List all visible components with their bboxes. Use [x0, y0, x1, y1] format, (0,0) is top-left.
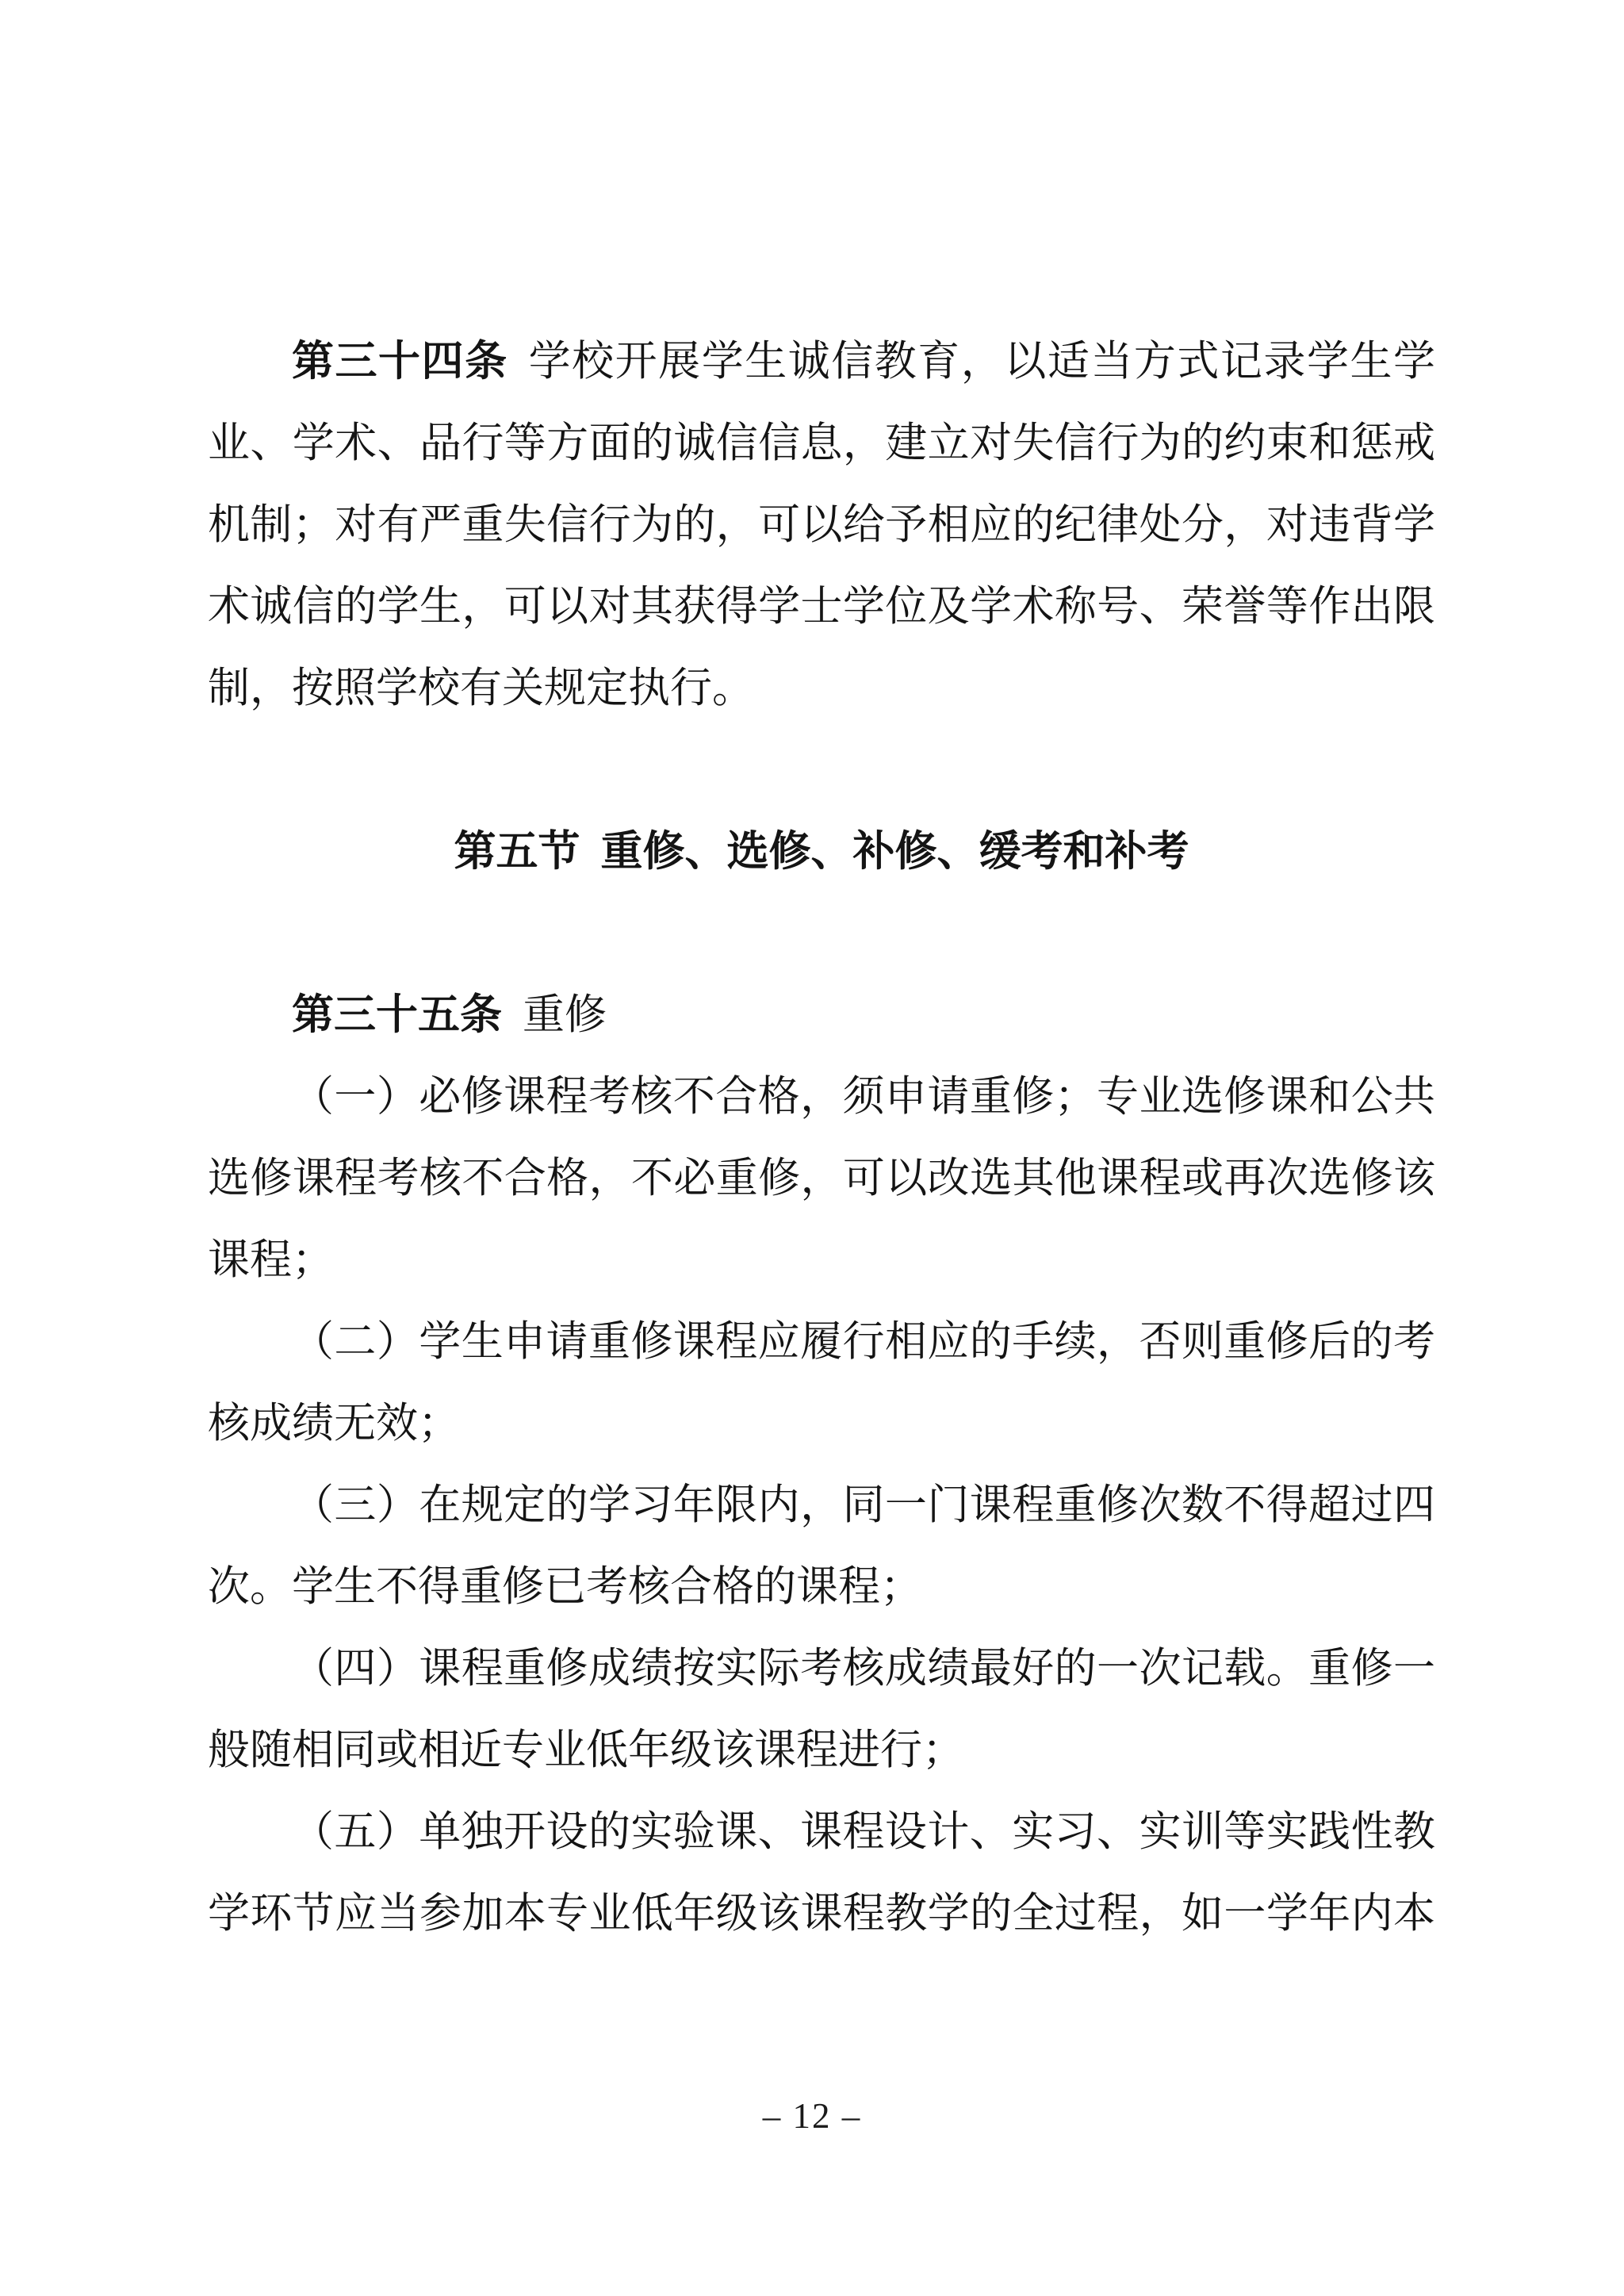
body-line: 选修课程考核不合格，不必重修，可以改选其他课程或再次选修该	[208, 1138, 1435, 1220]
body-line: （二）学生申请重修课程应履行相应的手续，否则重修后的考	[208, 1301, 1435, 1383]
line-text: 核成绩无效；	[208, 1401, 460, 1447]
line-text: 课程；	[208, 1237, 334, 1283]
body-line: 业、学术、品行等方面的诚信信息，建立对失信行为的约束和惩戒	[208, 403, 1435, 485]
body-line: 核成绩无效；	[208, 1383, 1435, 1465]
article-number: 第三十四条	[292, 339, 508, 385]
line-text: 机制；对有严重失信行为的，可以给予相应的纪律处分，对违背学	[208, 502, 1435, 548]
section-heading: 第五节重修、选修、补修、缓考和补考	[208, 811, 1435, 893]
body-line: 制，按照学校有关规定执行。	[208, 648, 1435, 730]
body-line: 机制；对有严重失信行为的，可以给予相应的纪律处分，对违背学	[208, 485, 1435, 566]
body-line: 般随相同或相近专业低年级该课程进行；	[208, 1710, 1435, 1792]
line-text: （二）学生申请重修课程应履行相应的手续，否则重修后的考	[292, 1319, 1435, 1365]
section-number: 第五节	[454, 829, 580, 875]
body-line: （一）必修课程考核不合格，须申请重修；专业选修课和公共	[208, 1056, 1435, 1138]
line-text: 术诚信的学生，可以对其获得学士学位及学术称号、荣誉等作出限	[208, 584, 1435, 630]
line-text: 般随相同或相近专业低年级该课程进行；	[208, 1727, 964, 1773]
body-line: 次。学生不得重修已考核合格的课程；	[208, 1547, 1435, 1628]
line-text: （三）在规定的学习年限内，同一门课程重修次数不得超过四	[292, 1482, 1435, 1528]
body-line: （五）单独开设的实验课、课程设计、实习、实训等实践性教	[208, 1792, 1435, 1873]
line-text: 学环节应当参加本专业低年级该课程教学的全过程，如一学年内本	[208, 1891, 1435, 1937]
line-text: 制，按照学校有关规定执行。	[208, 665, 754, 711]
line-text: 选修课程考核不合格，不必重修，可以改选其他课程或再次选修该	[208, 1156, 1435, 1202]
article-number: 第三十五条	[292, 992, 502, 1038]
line-text: 次。学生不得重修已考核合格的课程；	[208, 1564, 922, 1610]
line-text: （四）课程重修成绩按实际考核成绩最好的一次记载。重修一	[292, 1646, 1435, 1692]
body-line: 术诚信的学生，可以对其获得学士学位及学术称号、荣誉等作出限	[208, 566, 1435, 648]
body-line: 课程；	[208, 1220, 1435, 1301]
line-text: （五）单独开设的实验课、课程设计、实习、实训等实践性教	[292, 1809, 1435, 1855]
article-title: 重修	[523, 992, 607, 1038]
article-text-block: 第三十四条学校开展学生诚信教育，以适当方式记录学生学 业、学术、品行等方面的诚信…	[208, 321, 1435, 1955]
body-line: （四）课程重修成绩按实际考核成绩最好的一次记载。重修一	[208, 1628, 1435, 1710]
body-line: 第三十四条学校开展学生诚信教育，以适当方式记录学生学	[208, 321, 1435, 403]
line-text: （一）必修课程考核不合格，须申请重修；专业选修课和公共	[292, 1074, 1435, 1120]
line-text: 学校开展学生诚信教育，以适当方式记录学生学	[529, 339, 1435, 385]
blank-line	[208, 893, 1435, 975]
line-text: 业、学术、品行等方面的诚信信息，建立对失信行为的约束和惩戒	[208, 420, 1435, 466]
body-line: （三）在规定的学习年限内，同一门课程重修次数不得超过四	[208, 1465, 1435, 1547]
document-page: 第三十四条学校开展学生诚信教育，以适当方式记录学生学 业、学术、品行等方面的诚信…	[0, 0, 1624, 2296]
section-title: 重修、选修、补修、缓考和补考	[601, 829, 1189, 875]
body-line: 学环节应当参加本专业低年级该课程教学的全过程，如一学年内本	[208, 1873, 1435, 1955]
article-heading: 第三十五条重修	[208, 975, 1435, 1056]
blank-line	[208, 730, 1435, 811]
page-number: – 12 –	[0, 2095, 1624, 2137]
